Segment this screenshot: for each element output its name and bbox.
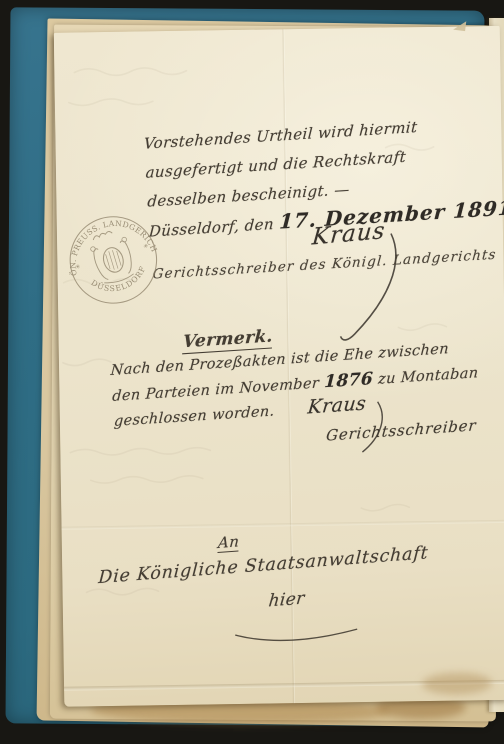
folded-corner xyxy=(453,20,466,31)
certification-block: Vorstehendes Urtheil wird hiermit ausgef… xyxy=(143,108,504,242)
vermerk-year: 1876 xyxy=(324,369,374,392)
photographed-document: Vorstehendes Urtheil wird hiermit ausgef… xyxy=(0,0,504,744)
vermerk-block: Vermerk. Nach den Prozeßakten ist die Eh… xyxy=(108,313,481,434)
vermerk-signature: Kraus xyxy=(307,392,368,418)
clerk-signature: Kraus xyxy=(311,218,387,251)
vermerk-line2-post: zu Montaban xyxy=(378,365,479,388)
clerk-title-line: Gerichtsschreiber des Königl. Landgerich… xyxy=(152,247,497,283)
vermerk-signer-title: Gerichtsschreiber xyxy=(325,416,477,444)
bottom-stain xyxy=(422,672,492,695)
dateline-place: Düsseldorf, den xyxy=(148,215,274,241)
address-hier: hier xyxy=(268,589,306,612)
address-an: An xyxy=(217,532,239,553)
letter-page: Vorstehendes Urtheil wird hiermit ausgef… xyxy=(54,26,504,707)
address-block: An Die Königliche Staatsanwaltschaft hie… xyxy=(96,517,432,624)
hier-underline-swash xyxy=(231,623,361,651)
stamp-star-left: ✳ xyxy=(75,263,82,271)
